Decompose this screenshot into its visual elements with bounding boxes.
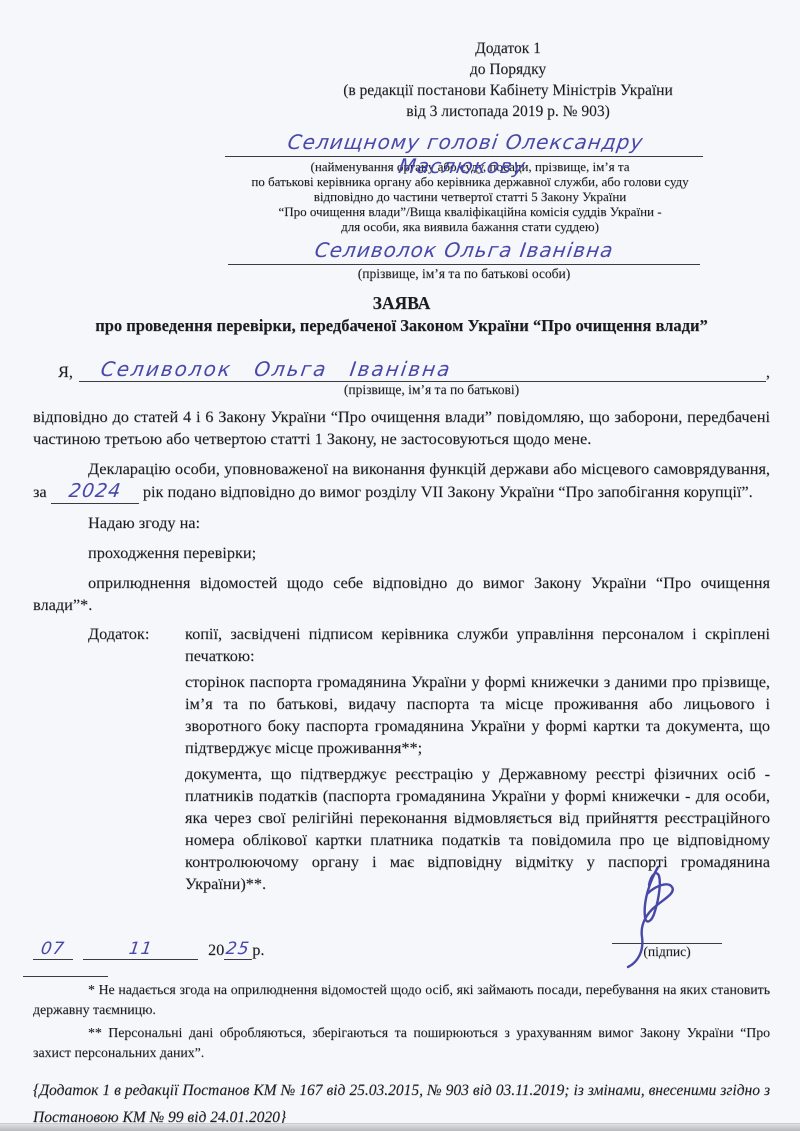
declarant-prefix: Я,	[58, 362, 73, 382]
date-year-handwritten: 25	[225, 939, 251, 959]
addressee-handwritten-field: Селищному голові Олександру Маслюкову	[225, 130, 703, 157]
declarant-name-field: Селиволок Ольга Іванівна	[79, 357, 766, 382]
attachment-items: копії, засвідчені підписом керівника слу…	[185, 623, 770, 899]
header-line-1: Додаток 1	[283, 38, 733, 59]
consent-intro: Надаю згоду на:	[33, 512, 770, 534]
declarant-trailing-comma: ,	[766, 362, 770, 382]
appendix-header: Додаток 1 до Порядку (в редакції постано…	[283, 38, 733, 122]
date-month-handwritten: 11	[127, 939, 153, 959]
header-line-3: (в редакції постанови Кабінету Міністрів…	[283, 80, 733, 101]
applicant-name-field-top: Селиволок Ольга Іванівна	[228, 238, 700, 265]
declaration-year-handwritten: 2024	[67, 480, 122, 502]
date-month-field: 11	[83, 939, 198, 960]
applicant-name-caption: (прізвище, ім’я та по батькові особи)	[228, 266, 700, 282]
scan-bottom-edge	[0, 1123, 800, 1131]
declarant-name-handwritten: Селиволок Ольга Іванівна	[99, 357, 453, 381]
attachment-item-tax-registry: документа, що підтверджує реєстрацію у Д…	[185, 763, 770, 895]
consent-item-publish: оприлюднення відомостей щодо себе відпов…	[33, 572, 770, 616]
date-signature-row: 07 11 20 25 р. (підпис)	[33, 913, 770, 960]
header-line-4: від 3 листопада 2019 р. № 903)	[283, 101, 733, 122]
attachment-item-passport: сторінок паспорта громадянина України у …	[185, 671, 770, 759]
footnote-secrecy: * Не надається згода на оприлюднення від…	[33, 980, 770, 1020]
declaration-year-field: 2024	[51, 480, 139, 504]
footnote-personal-data: ** Персональні дані обробляються, зберіг…	[33, 1023, 770, 1063]
attachment-section: Додаток: копії, засвідчені підписом кері…	[88, 623, 770, 899]
date-year-printed: 20	[208, 940, 224, 960]
header-line-2: до Порядку	[283, 59, 733, 80]
attachment-item-copies: копії, засвідчені підписом керівника слу…	[185, 623, 770, 667]
applicant-name-handwritten-top: Селиволок Ольга Іванівна	[313, 238, 615, 262]
scanned-document-page: Додаток 1 до Порядку (в редакції постано…	[0, 0, 800, 1131]
date-day-handwritten: 07	[40, 939, 66, 959]
date-day-field: 07	[33, 939, 73, 960]
footnote-divider	[23, 976, 108, 977]
attachment-label: Додаток:	[88, 623, 185, 899]
signature-block: (підпис)	[592, 913, 742, 960]
declarant-line: Я, Селиволок Ольга Іванівна ,	[58, 356, 770, 382]
signature-caption: (підпис)	[592, 944, 742, 960]
signature-line	[612, 913, 722, 944]
paragraph-declaration: Декларацію особи, уповноваженої на викон…	[33, 458, 770, 504]
date-year-suffix: р.	[252, 940, 264, 960]
addressee-handwritten-text: Селищному голові Олександру Маслюкову	[222, 130, 707, 178]
document-subtitle: про проведення перевірки, передбаченої З…	[33, 315, 770, 336]
declarant-caption: (прізвище, ім’я та по батькові)	[93, 382, 770, 398]
paragraph-declaration-after: рік подано відповідно до вимог розділу V…	[143, 482, 753, 501]
consent-item-check: проходження перевірки;	[33, 542, 770, 564]
date-year-field: 25	[224, 939, 252, 960]
date-group: 07 11 20 25 р.	[33, 922, 265, 960]
document-title: ЗАЯВА	[33, 292, 770, 315]
paragraph-compliance: відповідно до статей 4 і 6 Закону Україн…	[33, 406, 770, 450]
